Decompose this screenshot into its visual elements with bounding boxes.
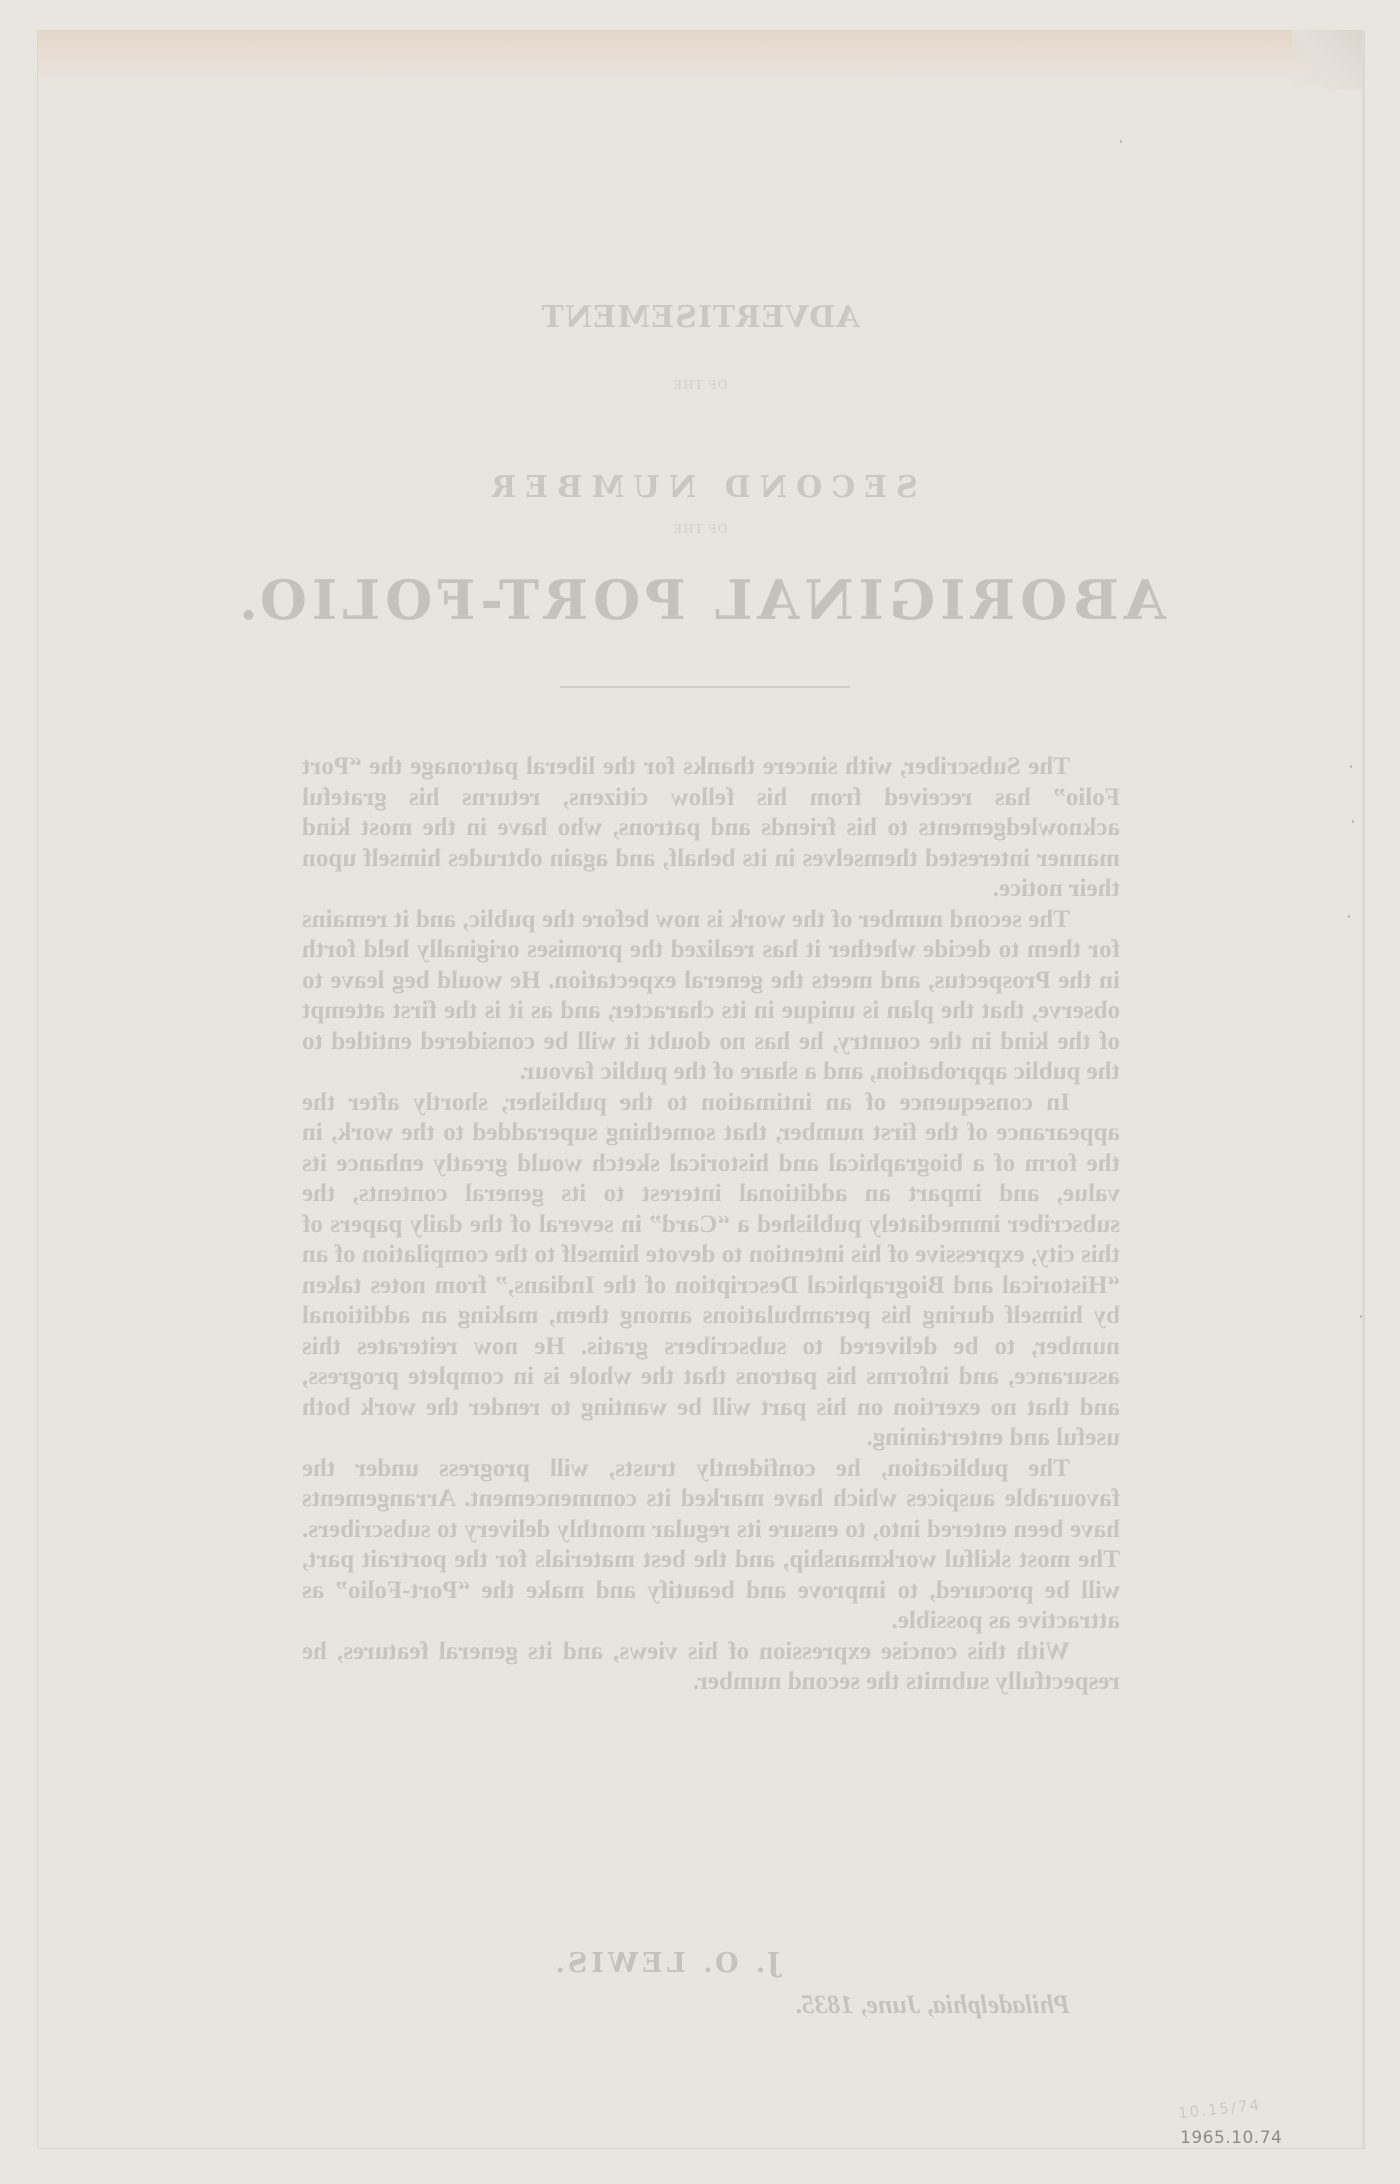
paper-speck xyxy=(620,1100,622,1103)
subheading-second-number: SECOND NUMBER xyxy=(0,470,1400,505)
signature: J. O. LEWIS. xyxy=(551,1948,780,1979)
paragraph-4: The publication, he confidently trusts, … xyxy=(302,1454,1120,1637)
edge-speck xyxy=(1350,765,1352,768)
edge-speck xyxy=(1348,915,1350,918)
divider-rule xyxy=(560,686,850,688)
paragraph-5: With this concise expression of his view… xyxy=(302,1637,1120,1698)
heading-advertisement: ADVERTISEMENT xyxy=(0,300,1400,335)
accession-number: 1965.10.74 xyxy=(1180,2128,1282,2148)
title-aboriginal-port-folio: ABORIGINAL PORT-FOLIO. xyxy=(0,568,1400,632)
edge-speck xyxy=(1360,1315,1362,1318)
body-text: The Subscriber, with sincere thanks for … xyxy=(302,752,1120,1698)
paragraph-1: The Subscriber, with sincere thanks for … xyxy=(302,752,1120,905)
edge-speck xyxy=(1352,820,1354,823)
of-the-label-2: OF THE xyxy=(0,522,1400,536)
dateline: Philadelphia, June, 1835. xyxy=(795,1990,1070,2020)
of-the-label-1: OF THE xyxy=(0,378,1400,392)
paragraph-2: The second number of the work is now bef… xyxy=(302,905,1120,1088)
paragraph-3: In consequence of an intimation to the p… xyxy=(302,1088,1120,1454)
mirrored-show-through: ADVERTISEMENT OF THE SECOND NUMBER OF TH… xyxy=(0,0,1400,2184)
paper-speck xyxy=(1120,140,1122,143)
